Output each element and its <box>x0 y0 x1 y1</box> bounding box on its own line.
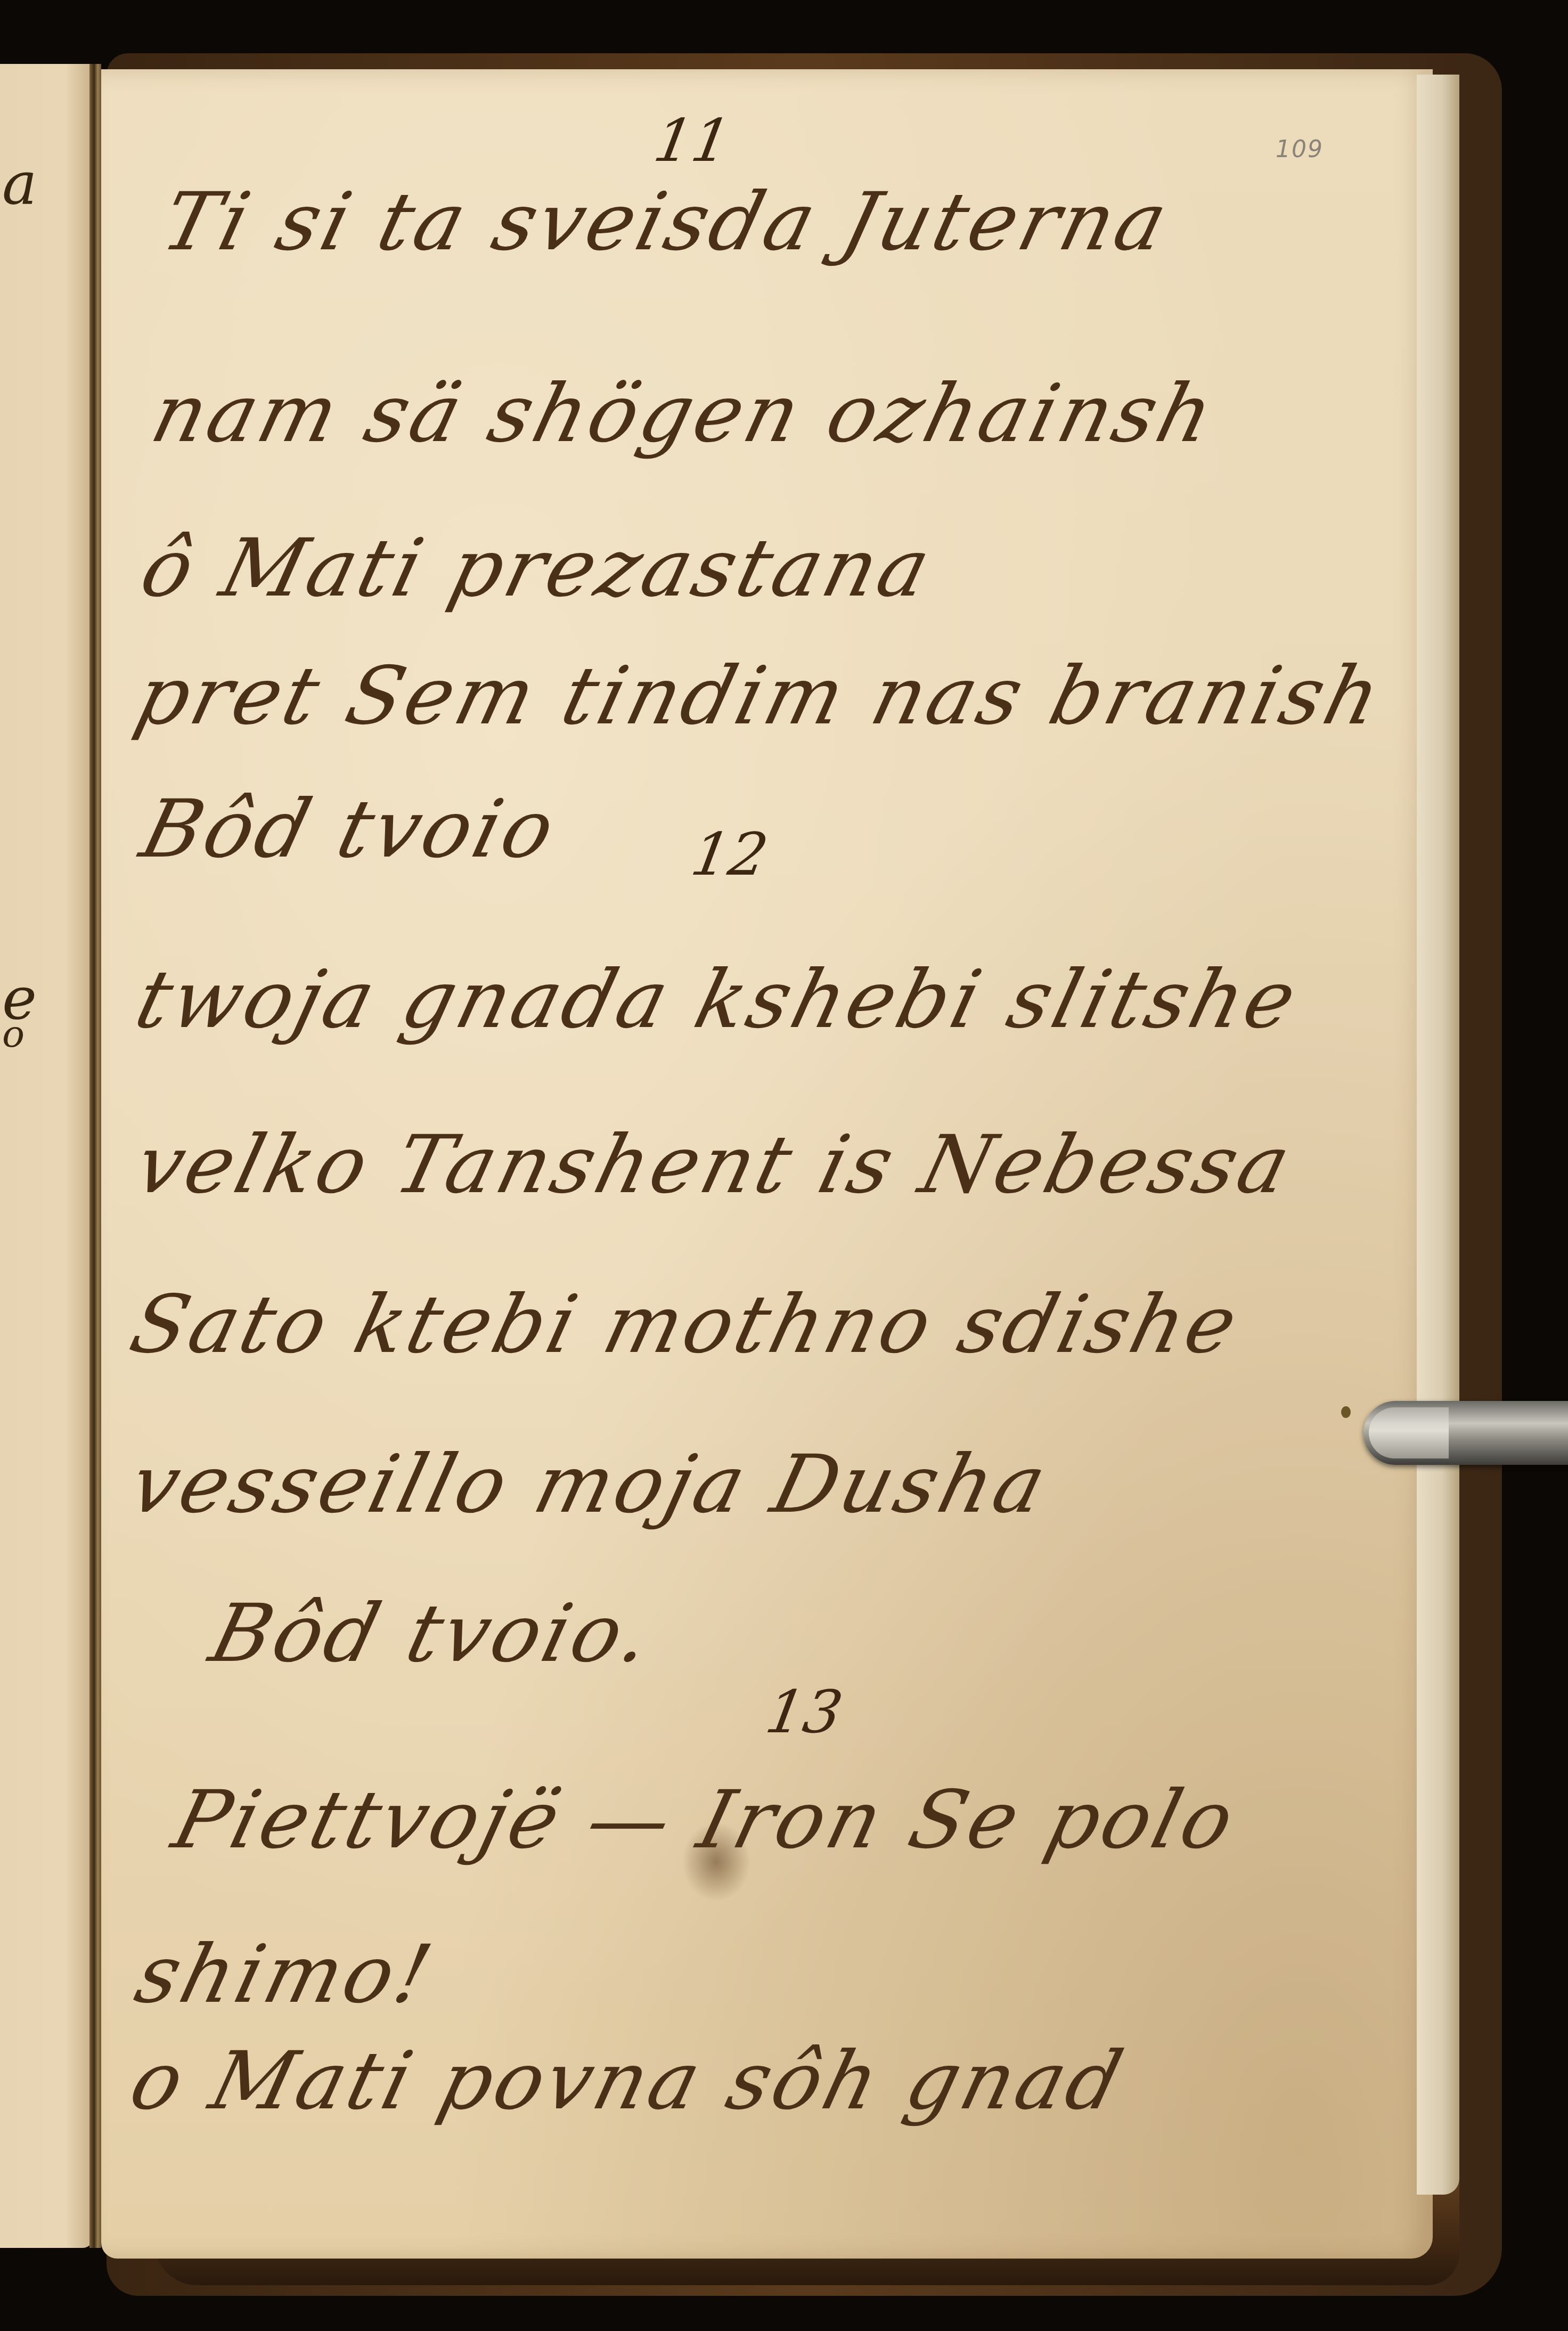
manuscript-line: nam sä shögen ozhainsh <box>143 368 1225 460</box>
left-page-text-fragment: o <box>2 1012 24 1056</box>
verse-number: 12 <box>687 820 773 889</box>
manuscript-line: Sato ktebi mothno sdishe <box>121 1278 1249 1371</box>
page-marker-dot <box>1341 1406 1351 1418</box>
manuscript-line refrain: Bôd tvoio <box>132 783 566 876</box>
manuscript-line: pret Sem tindim nas branish <box>127 650 1392 743</box>
manuscript-line: Ti si ta sveisda Juterna <box>153 176 1179 268</box>
glass-page-weight-rod <box>1363 1401 1568 1465</box>
verse-number: 11 <box>649 107 736 175</box>
page-fore-edge <box>1417 75 1459 2195</box>
manuscript-line: ô Mati prezastana <box>132 522 942 615</box>
manuscript-line: velko Tanshent is Nebessa <box>127 1119 1302 1211</box>
verse-number: 13 <box>761 1678 848 1746</box>
ink-blot-stain <box>682 1822 751 1902</box>
facing-left-page: a e o <box>0 64 93 2248</box>
manuscript-line: shimo! <box>127 1928 443 2021</box>
page-number: 109 <box>1276 136 1324 163</box>
book-gutter <box>89 64 101 2248</box>
manuscript-line: twoja gnada kshebi slitshe <box>127 953 1308 1046</box>
manuscript-line: o Mati povna sôh gnad <box>121 2035 1134 2128</box>
manuscript-line refrain: Bôd tvoio. <box>201 1587 663 1680</box>
manuscript-line: vesseillo moja Dusha <box>121 1438 1058 1531</box>
left-page-text-fragment: a <box>2 149 37 217</box>
